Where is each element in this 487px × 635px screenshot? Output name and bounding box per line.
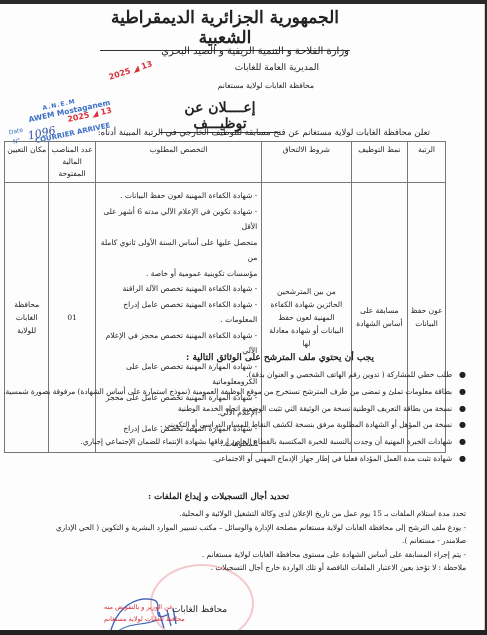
deadline-line: ملاحظة : لا تؤخذ بعين الاعتبار الملفات ا… [11, 561, 466, 575]
signatory-office: محافظ الغابات لولاية مستغانم [104, 615, 185, 623]
documents-list: ●طلب خطي للمشاركة ( تدوين رقم الهاتف الش… [11, 368, 466, 469]
anem-date-label: Date [8, 127, 23, 137]
header-conditions: شروط الالتحاق [262, 142, 351, 183]
bullet-icon: ● [459, 402, 466, 416]
list-item: ●نسخة من المؤهل أو الشهادة المطلوبة مرفق… [11, 418, 466, 432]
signatory-title: محافظ الغابات [172, 605, 227, 615]
list-item: ●شهادات الخبرة المهنية أن وجدت بالنسبة ل… [11, 435, 466, 449]
conservation-name: محافظة الغابات لولاية مستغانم [218, 81, 314, 90]
document-text: طلب خطي للمشاركة ( تدوين رقم الهاتف الشخ… [246, 370, 452, 379]
header-posts: عدد المناصب المالية المفتوحة [49, 142, 95, 183]
header-place: مكان التعيين [5, 142, 49, 183]
direction-name: المديرية العامة للغابات [235, 63, 319, 73]
header-mode: نمط التوظيف [351, 142, 408, 183]
header-specialty: التخصص المطلوب [95, 142, 261, 183]
document-text: نسخة من المؤهل أو الشهادة المطلوبة مرفق … [160, 420, 452, 429]
document-text: بطاقة معلومات تملئ و تمضى من طرف المترشح… [3, 387, 452, 396]
red-date-stamp: 2025 ◢ 13 [108, 59, 154, 82]
list-item: ●شهادة تثبت مدة العمل المؤداة فعليا في إ… [11, 452, 466, 466]
deadline-line: صلامندر - مستغانم ). [11, 534, 466, 548]
bullet-icon: ● [459, 385, 466, 399]
deadlines-heading: تحديد أجال التسجيلات و إيداع الملفات : [148, 492, 289, 502]
intro-paragraph: تعلن محافظة الغابات لولاية مستغانم عن فت… [130, 128, 430, 138]
specialty-line: مؤسسات تكوينية عمومية أو خاصة . [100, 266, 257, 282]
document-text: شهادات الخبرة المهنية أن وجدت بالنسبة لل… [80, 437, 452, 446]
document-text: شهادة تثبت مدة العمل المؤداة فعليا في إط… [213, 454, 452, 463]
specialty-line: - شهادة الكفاءة المهنية لعون حفظ البيانا… [100, 188, 257, 204]
deadline-line: - يتم إجراء المسابقة على أساس الشهادة عل… [11, 548, 466, 562]
deadlines-section: تحدد مدة استلام الملفات بـ 15 يوم عمل من… [11, 507, 466, 575]
documents-heading: يجب أن يحتوي ملف المترشح على الوثائق الت… [186, 353, 374, 363]
delegation-line: عن الوزير و بالتفويض منه [104, 603, 173, 611]
ministry-name: وزارة الفلاحة و التنمية الريفية و الصيد … [161, 46, 349, 57]
header-rank: الرتبة [408, 142, 446, 183]
list-item: ●بطاقة معلومات تملئ و تمضى من طرف المترش… [11, 385, 466, 399]
bullet-icon: ● [459, 418, 466, 432]
deadline-line: تحدد مدة استلام الملفات بـ 15 يوم عمل من… [11, 507, 466, 521]
republic-heading: الجمهورية الجزائرية الديمقراطية الشعبية [100, 8, 350, 51]
deadline-line: - يودع ملف الترشح إلى محافظة الغابات لول… [11, 521, 466, 535]
bullet-icon: ● [459, 452, 466, 466]
specialty-line: - شهادة تكوين في الإعلام الآلي مدته 6 أش… [100, 204, 257, 235]
document-page: الجمهورية الجزائرية الديمقراطية الشعبية … [0, 4, 485, 630]
bottom-border [0, 630, 487, 635]
specialty-line: - شهادة الكفاءة المهنية تخصص عامل إدراج … [100, 297, 257, 328]
signature-block: محافظ الغابات عن الوزير و بالتفويض منه م… [104, 594, 264, 630]
specialty-line: - شهادة الكفاءة المهنية تخصص الآلة الراق… [100, 281, 257, 297]
bullet-icon: ● [459, 368, 466, 382]
table-header-row: الرتبة نمط التوظيف شروط الالتحاق التخصص … [5, 142, 446, 183]
list-item: ●طلب خطي للمشاركة ( تدوين رقم الهاتف الش… [11, 368, 466, 382]
bullet-icon: ● [459, 435, 466, 449]
document-text: نسخة من بطاقة التعريف الوطنية نسخة من ال… [178, 404, 452, 413]
specialty-line: متحصل عليها على أساس السنة الأولى ثانوي … [100, 235, 257, 266]
list-item: ●نسخة من بطاقة التعريف الوطنية نسخة من ا… [11, 402, 466, 416]
